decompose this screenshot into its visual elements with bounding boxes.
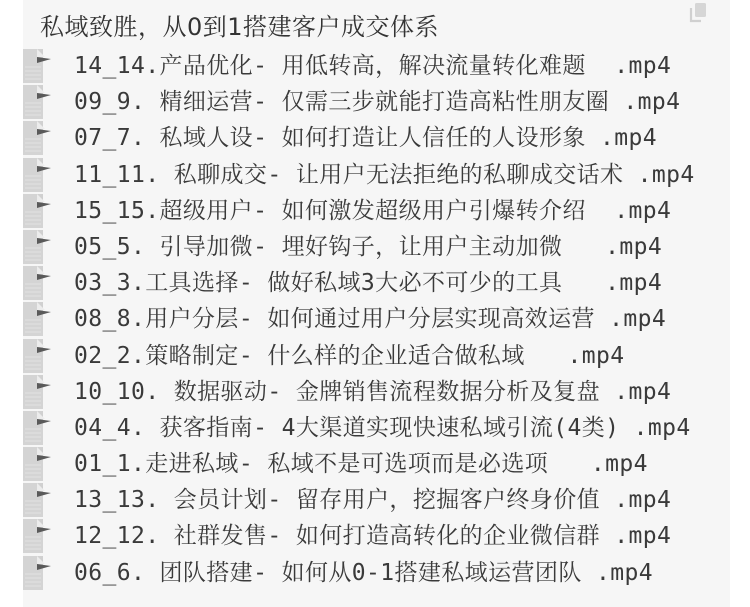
file-icon: [23, 85, 53, 119]
file-name: 02_2.策略制定- 什么样的企业适合做私域 .mp4: [74, 338, 624, 374]
file-icon: [23, 230, 53, 264]
file-name: 07_7. 私域人设- 如何打造让人信任的人设形象 .mp4: [74, 120, 657, 156]
file-row[interactable]: 06_6. 团队搭建- 如何从0-1搭建私域运营团队 .mp4: [23, 555, 730, 591]
file-name: 08_8.用户分层- 如何通过用户分层实现高效运营 .mp4: [74, 301, 666, 337]
file-icon: [23, 49, 53, 83]
file-name: 04_4. 获客指南- 4大渠道实现快速私域引流(4类) .mp4: [74, 410, 691, 446]
file-icon: [23, 194, 53, 228]
file-name: 15_15.超级用户- 如何激发超级用户引爆转介绍 .mp4: [74, 193, 671, 229]
file-icon: [23, 339, 53, 373]
file-row[interactable]: 01_1.走进私域- 私域不是可选项而是必选项 .mp4: [23, 446, 730, 482]
file-name: 09_9. 精细运营- 仅需三步就能打造高粘性朋友圈 .mp4: [74, 84, 680, 120]
file-row[interactable]: 11_11. 私聊成交- 让用户无法拒绝的私聊成交话术 .mp4: [23, 157, 730, 193]
file-row[interactable]: 10_10. 数据驱动- 金牌销售流程数据分析及复盘 .mp4: [23, 374, 730, 410]
file-name: 06_6. 团队搭建- 如何从0-1搭建私域运营团队 .mp4: [74, 555, 653, 591]
file-icon: [23, 483, 53, 517]
file-icon: [23, 266, 53, 300]
file-icon: [23, 411, 53, 445]
file-icon: [23, 121, 53, 155]
file-row[interactable]: 08_8.用户分层- 如何通过用户分层实现高效运营 .mp4: [23, 301, 730, 337]
file-icon: [23, 375, 53, 409]
file-icon: [23, 447, 53, 481]
file-row[interactable]: 14_14.产品优化- 用低转高，解决流量转化难题 .mp4: [23, 48, 730, 84]
file-row[interactable]: 04_4. 获客指南- 4大渠道实现快速私域引流(4类) .mp4: [23, 410, 730, 446]
file-name: 14_14.产品优化- 用低转高，解决流量转化难题 .mp4: [74, 48, 671, 84]
file-icon: [23, 302, 53, 336]
file-name: 13_13. 会员计划- 留存用户，挖掘客户终身价值 .mp4: [74, 482, 671, 518]
file-row[interactable]: 07_7. 私域人设- 如何打造让人信任的人设形象 .mp4: [23, 120, 730, 156]
file-row[interactable]: 15_15.超级用户- 如何激发超级用户引爆转介绍 .mp4: [23, 193, 730, 229]
folder-title: 私域致胜，从0到1搭建客户成交体系: [40, 11, 439, 43]
file-icon: [23, 158, 53, 192]
file-name: 10_10. 数据驱动- 金牌销售流程数据分析及复盘 .mp4: [74, 374, 671, 410]
file-name: 03_3.工具选择- 做好私域3大必不可少的工具 .mp4: [74, 265, 662, 301]
file-name: 01_1.走进私域- 私域不是可选项而是必选项 .mp4: [74, 446, 648, 482]
file-row[interactable]: 09_9. 精细运营- 仅需三步就能打造高粘性朋友圈 .mp4: [23, 84, 730, 120]
file-icon: [23, 556, 53, 590]
file-row[interactable]: 12_12. 社群发售- 如何打造高转化的企业微信群 .mp4: [23, 518, 730, 554]
file-row[interactable]: 05_5. 引导加微- 埋好钩子，让用户主动加微 .mp4: [23, 229, 730, 265]
copy-icon: [686, 2, 712, 24]
file-listing-panel: 私域致胜，从0到1搭建客户成交体系: [23, 0, 730, 607]
file-row[interactable]: 02_2.策略制定- 什么样的企业适合做私域 .mp4: [23, 338, 730, 374]
file-row[interactable]: 13_13. 会员计划- 留存用户，挖掘客户终身价值 .mp4: [23, 482, 730, 518]
file-icon: [23, 519, 53, 553]
file-name: 11_11. 私聊成交- 让用户无法拒绝的私聊成交话术 .mp4: [74, 157, 695, 193]
file-name: 05_5. 引导加微- 埋好钩子，让用户主动加微 .mp4: [74, 229, 662, 265]
file-list: 14_14.产品优化- 用低转高，解决流量转化难题 .mp4: [23, 48, 730, 591]
file-row[interactable]: 03_3.工具选择- 做好私域3大必不可少的工具 .mp4: [23, 265, 730, 301]
file-name: 12_12. 社群发售- 如何打造高转化的企业微信群 .mp4: [74, 518, 671, 554]
copy-button[interactable]: [686, 2, 712, 24]
